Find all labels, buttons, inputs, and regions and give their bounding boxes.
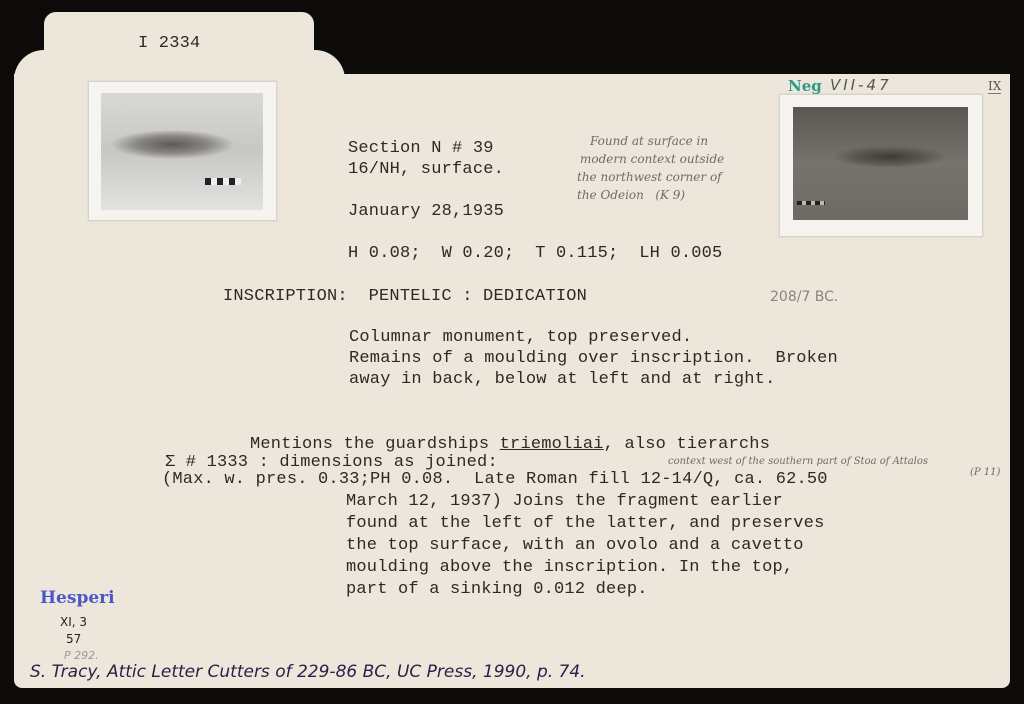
date-note: 208/7 BC. (770, 286, 838, 308)
hesperia-stamp: Hesperi (40, 588, 115, 608)
object-photo-front (101, 93, 263, 210)
catalog-number: I 2334 (138, 33, 200, 55)
publication-volume: XI, 3 (60, 615, 87, 629)
findspot-note-4: the Odeion (K 9) (577, 184, 685, 206)
dimensions-line: H 0.08; W 0.20; T 0.115; LH 0.005 (348, 243, 722, 265)
mentions-underlined: triemoliai (500, 435, 604, 454)
negative-number: VII-47 (830, 76, 892, 94)
join-description-3: the top surface, with an ovolo and a cav… (346, 535, 804, 557)
description-line-2: Remains of a moulding over inscription. … (349, 348, 838, 370)
date-line: January 28,1935 (348, 201, 504, 223)
description-line-1: Columnar monument, top preserved. (349, 327, 692, 349)
bibliographic-citation: S. Tracy, Attic Letter Cutters of 229-86… (30, 662, 586, 682)
join-description-1: March 12, 1937) Joins the fragment earli… (346, 491, 783, 513)
join-description-2: found at the left of the latter, and pre… (346, 513, 824, 535)
section-line: Section N # 39 (348, 138, 494, 160)
join-grid-note: (P 11) (970, 462, 1000, 484)
classification-line: INSCRIPTION: PENTELIC : DEDICATION (223, 286, 587, 308)
corner-mark: IX (988, 79, 1001, 94)
publication-number: 57 (66, 632, 81, 646)
join-description-4: moulding above the inscription. In the t… (346, 557, 793, 579)
location-line: 16/NH, surface. (348, 159, 504, 181)
publication-page: P 292. (64, 649, 99, 662)
max-dimensions-line: (Max. w. pres. 0.33;PH 0.08. Late Roman … (162, 469, 828, 491)
scale-bar-icon (797, 201, 825, 205)
negative-stamp: Neg (788, 77, 822, 95)
scale-bar-icon (205, 178, 241, 185)
join-description-5: part of a sinking 0.012 deep. (346, 579, 648, 601)
description-line-3: away in back, below at left and at right… (349, 369, 775, 391)
